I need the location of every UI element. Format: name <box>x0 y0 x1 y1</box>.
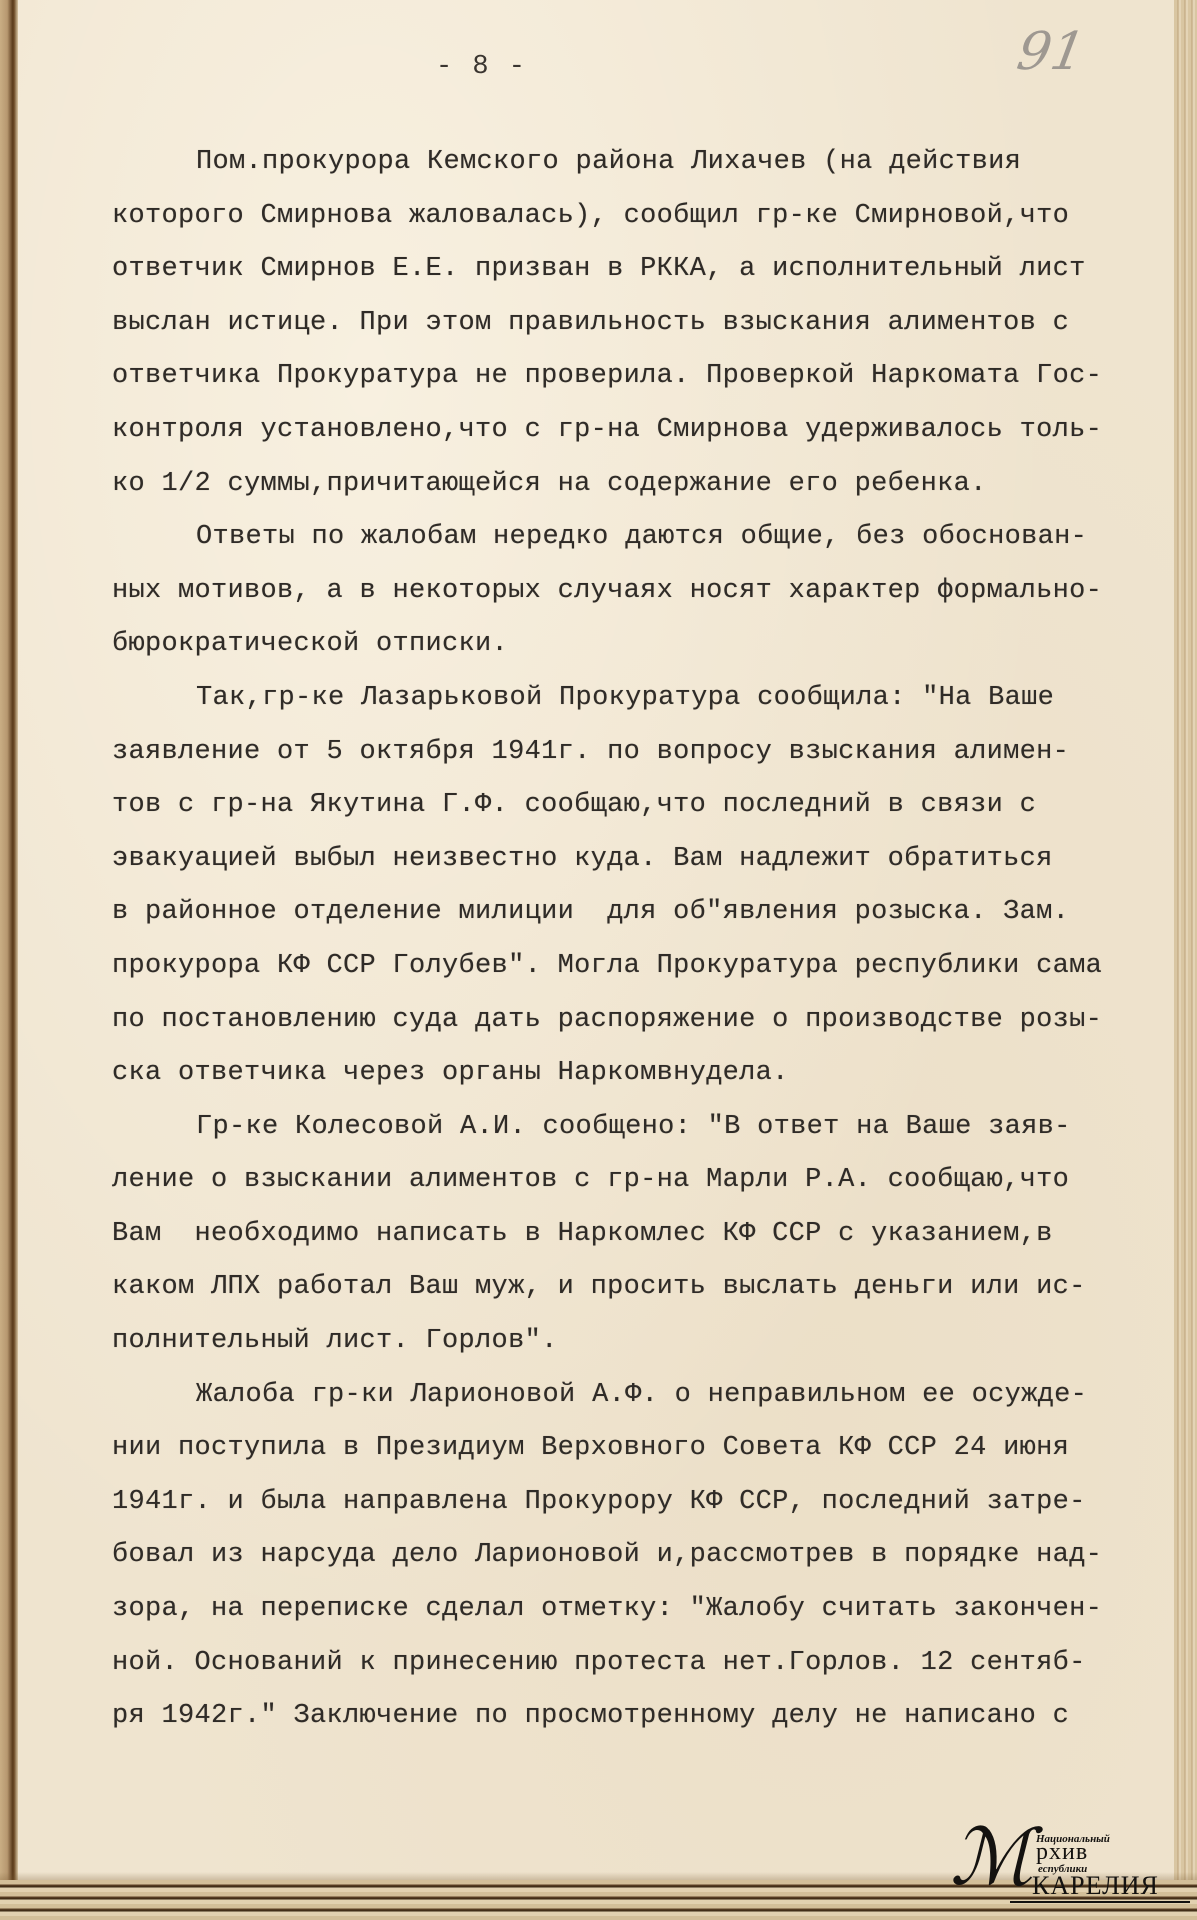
text-line: каком ЛПХ работал Ваш муж, и просить выс… <box>112 1261 1172 1315</box>
text-line: заявление от 5 октября 1941г. по вопросу… <box>112 726 1172 780</box>
text-line: которого Смирнова жаловалась), сообщил г… <box>112 190 1172 244</box>
logo-archive: рхив <box>1036 1839 1088 1866</box>
text-line: ной. Оснований к принесению протеста нет… <box>112 1637 1172 1691</box>
text-line: ответчик Смирнов Е.Е. призван в РККА, а … <box>112 243 1172 297</box>
logo-karelia: КАРЕЛИЯ <box>1032 1871 1159 1901</box>
text-line: бовал из нарсуда дело Ларионовой и,рассм… <box>112 1529 1172 1583</box>
text-line: нии поступила в Президиум Верховного Сов… <box>112 1422 1172 1476</box>
text-line: Вам необходимо написать в Наркомлес КФ С… <box>112 1208 1172 1262</box>
text-line: ря 1942г." Заключение по просмотренному … <box>112 1690 1172 1744</box>
text-line: эвакуацией выбыл неизвестно куда. Вам на… <box>112 833 1172 887</box>
text-line: тов с гр-на Якутина Г.Ф. сообщаю,что пос… <box>112 779 1172 833</box>
text-line: ление о взыскании алиментов с гр-на Марл… <box>112 1154 1172 1208</box>
archive-monogram-icon: ℳ <box>950 1819 1033 1897</box>
logo-underline <box>1010 1901 1190 1903</box>
text-line: ска ответчика через органы Наркомвнудела… <box>112 1047 1172 1101</box>
archive-scan: - 8 - 91 Пом.прокурора Кемского района Л… <box>0 0 1197 1920</box>
page-number: - 8 - <box>436 52 527 82</box>
text-line: зора, на переписке сделал отметку: "Жало… <box>112 1583 1172 1637</box>
text-line: полнительный лист. Горлов". <box>112 1315 1172 1369</box>
text-line: Пом.прокурора Кемского района Лихачев (н… <box>112 136 1172 190</box>
text-line: 1941г. и была направлена Прокурору КФ СС… <box>112 1476 1172 1530</box>
text-line: бюрократической отписки. <box>112 618 1172 672</box>
binding-spine <box>0 0 18 1920</box>
text-line: Жалоба гр-ки Ларионовой А.Ф. о неправиль… <box>112 1369 1172 1423</box>
text-line: ных мотивов, а в некоторых случаях носят… <box>112 565 1172 619</box>
typewritten-body: Пом.прокурора Кемского района Лихачев (н… <box>112 136 1172 1744</box>
archive-watermark-logo: ℳ Национальный рхив еспублики КАРЕЛИЯ <box>950 1825 1190 1897</box>
text-line: в районное отделение милиции для об"явле… <box>112 886 1172 940</box>
page-stack-right-edge <box>1174 0 1197 1890</box>
text-line: по постановлению суда дать распоряжение … <box>112 994 1172 1048</box>
text-line: прокурора КФ ССР Голубев". Могла Прокура… <box>112 940 1172 994</box>
document-page: - 8 - 91 Пом.прокурора Кемского района Л… <box>18 0 1180 1882</box>
text-line: ответчика Прокуратура не проверила. Пров… <box>112 350 1172 404</box>
text-line: ко 1/2 суммы,причитающейся на содержание… <box>112 458 1172 512</box>
text-line: Ответы по жалобам нередко даются общие, … <box>112 511 1172 565</box>
text-line: контроля установлено,что с гр-на Смирнов… <box>112 404 1172 458</box>
text-line: Так,гр-ке Лазарьковой Прокуратура сообщи… <box>112 672 1172 726</box>
text-line: Гр-ке Колесовой А.И. сообщено: "В ответ … <box>112 1101 1172 1155</box>
text-line: выслан истице. При этом правильность взы… <box>112 297 1172 351</box>
handwritten-folio-number: 91 <box>1013 22 1090 82</box>
